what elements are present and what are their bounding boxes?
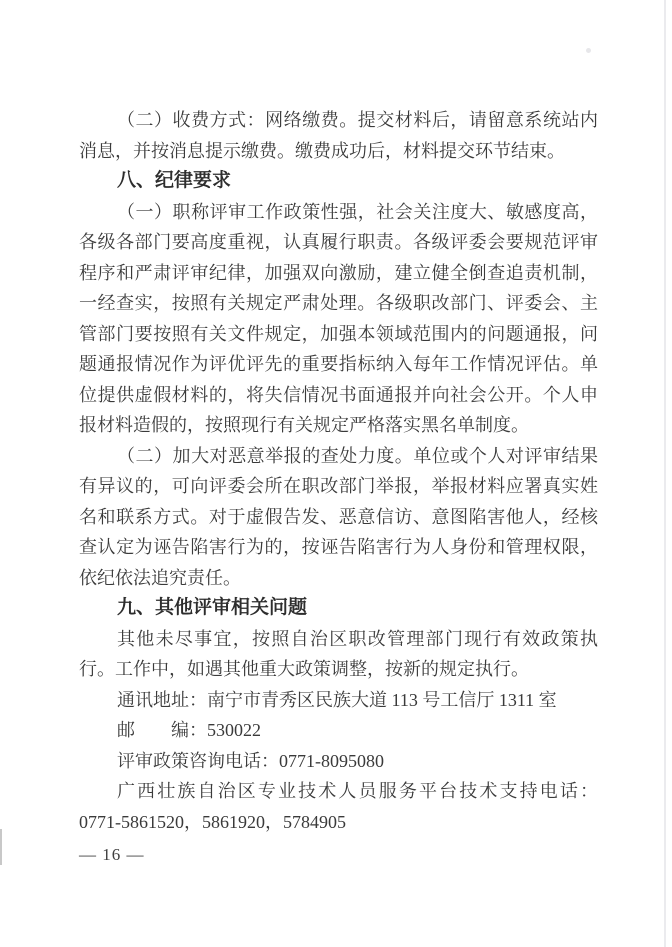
page-number: — 16 — [79, 841, 145, 869]
paragraph-line: 查认定为诬告陷害行为的，按诬告陷害行为人身份和管理权限， [79, 532, 598, 563]
document-page: （二）收费方式：网络缴费。提交材料后，请留意系统站内 消息，并按消息提示缴费。缴… [0, 0, 672, 947]
paragraph-line: 程序和严肃评审纪律，加强双向激励，建立健全倒查追责机制， [79, 258, 598, 289]
section-heading-discipline: 八、纪律要求 [79, 166, 598, 197]
paragraph-line: 行。工作中，如遇其他重大政策调整，按新的规定执行。 [79, 654, 598, 685]
contact-address-line: 通讯地址：南宁市青秀区民族大道 113 号工信厅 1311 室 [79, 685, 598, 716]
paragraph-line: （一）职称评审工作政策性强，社会关注度大、敏感度高， [79, 197, 598, 228]
paragraph-line: 位提供虚假材料的，将失信情况书面通报并向社会公开。个人申 [79, 380, 598, 411]
scan-left-edge-artifact [0, 829, 2, 865]
paragraph-line: 其他未尽事宜，按照自治区职改管理部门现行有效政策执 [79, 624, 598, 655]
contact-postcode-line: 邮 编：530022 [79, 715, 598, 746]
contact-support-numbers-line: 0771-5861520，5861920，5784905 [79, 807, 598, 838]
section-heading-other-issues: 九、其他评审相关问题 [79, 593, 598, 624]
paragraph-line: 报材料造假的，按照现行有关规定严格落实黑名单制度。 [79, 410, 598, 441]
paragraph-line: 有异议的，可向评委会所在职改部门举报，举报材料应署真实姓 [79, 471, 598, 502]
paragraph-line: 题通报情况作为评优评先的重要指标纳入每年工作情况评估。单 [79, 349, 598, 380]
paragraph-line: （二）加大对恶意举报的查处力度。单位或个人对评审结果 [79, 441, 598, 472]
paragraph-line: 管部门要按照有关文件规定，加强本领域范围内的问题通报，问 [79, 319, 598, 350]
paragraph-line: 消息，并按消息提示缴费。缴费成功后，材料提交环节结束。 [79, 136, 598, 167]
scan-speck-artifact [586, 48, 591, 53]
paragraph-line: 依纪依法追究责任。 [79, 563, 598, 594]
paragraph-line: （二）收费方式：网络缴费。提交材料后，请留意系统站内 [79, 105, 598, 136]
contact-policy-phone-line: 评审政策咨询电话：0771-8095080 [79, 746, 598, 777]
contact-support-label-line: 广西壮族自治区专业技术人员服务平台技术支持电话： [79, 776, 598, 807]
paragraph-line: 名和联系方式。对于虚假告发、恶意信访、意图陷害他人，经核 [79, 502, 598, 533]
scan-edge-artifact [664, 0, 666, 947]
paragraph-line: 一经查实，按照有关规定严肃处理。各级职改部门、评委会、主 [79, 288, 598, 319]
document-body: （二）收费方式：网络缴费。提交材料后，请留意系统站内 消息，并按消息提示缴费。缴… [79, 105, 598, 837]
paragraph-line: 各级各部门要高度重视，认真履行职责。各级评委会要规范评审 [79, 227, 598, 258]
